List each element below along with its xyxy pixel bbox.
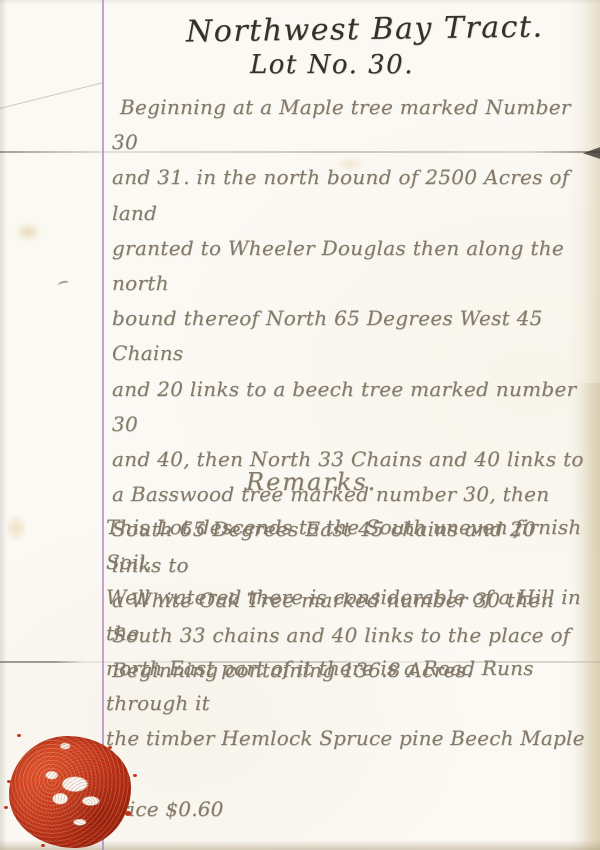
handwritten-line: price $0.60 (106, 792, 592, 827)
handwritten-line: This Lot descends to the South uneven fi… (106, 510, 592, 580)
stray-pen-mark (57, 280, 69, 288)
page-edge-top (0, 0, 600, 5)
document-title: Northwest Bay Tract. (186, 10, 544, 50)
handwritten-line: granted to Wheeler Douglas then along th… (112, 231, 590, 301)
foxing-stain (4, 514, 28, 542)
handwritten-line: and 20 links to a beech tree marked numb… (112, 372, 590, 442)
foxing-stain (14, 222, 42, 242)
handwritten-line: north East part of it there is a Road Ru… (106, 651, 592, 721)
fold-crease-diagonal (0, 82, 103, 111)
remarks-section: This Lot descends to the South uneven fi… (106, 510, 592, 827)
scanned-document-page: Northwest Bay Tract. Lot No. 30. Beginni… (0, 0, 600, 850)
red-wax-seal (9, 736, 131, 848)
handwritten-line: the timber Hemlock Spruce pine Beech Map… (106, 721, 592, 791)
remarks-heading: Remarks. (246, 468, 377, 496)
handwritten-line: Well watered there is considerable of a … (106, 580, 592, 650)
handwritten-line: Beginning at a Maple tree marked Number … (112, 90, 590, 160)
lot-number: Lot No. 30. (250, 50, 414, 80)
page-edge-left (0, 0, 7, 850)
handwritten-line: bound thereof North 65 Degrees West 45 C… (112, 301, 590, 371)
handwritten-line: and 31. in the north bound of 2500 Acres… (112, 160, 590, 230)
ledger-margin-line (102, 0, 104, 850)
